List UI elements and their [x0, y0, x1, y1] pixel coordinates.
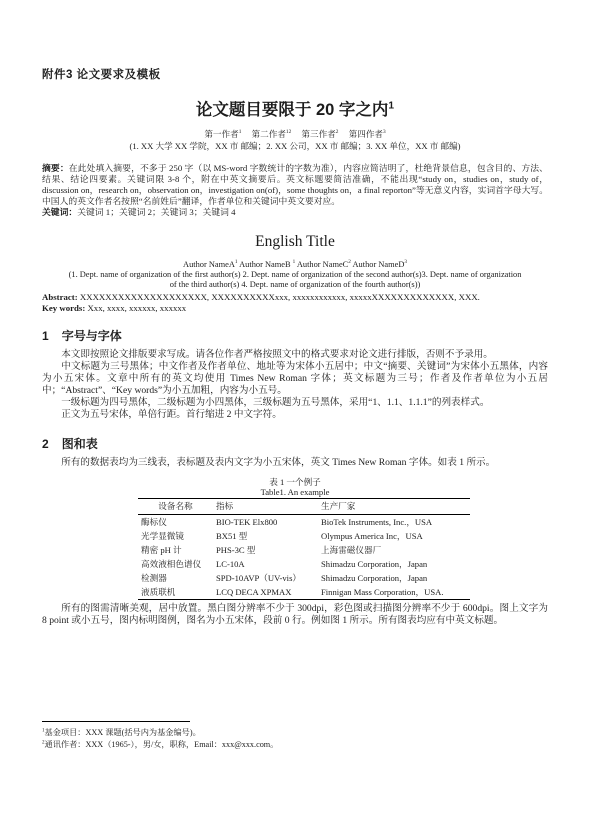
section-number: 1	[42, 329, 49, 343]
table-cell: BIO-TEK Elx800	[213, 514, 318, 529]
keywords-label-zh: 关键词：	[42, 207, 77, 217]
section-title: 字号与字体	[62, 329, 122, 343]
section-number: 2	[42, 437, 49, 451]
author-sup: 1	[235, 259, 238, 265]
author-name: Author NameC	[297, 260, 348, 269]
footnote-text: 基金项目：XXX 课题(括号内为基金编号)。	[45, 728, 201, 737]
table-header-cell: 指标	[213, 498, 318, 514]
page-content: 附件3 论文要求及模板 论文题目要限于 20 字之内1 第一作者1 第二作者12…	[42, 0, 548, 627]
table-cell: BX51 型	[213, 529, 318, 543]
figure-requirements-paragraph: 所有的图需清晰美观，居中放置。黑白图分辨率不少于 300dpi，彩色图或扫描图分…	[42, 603, 548, 627]
table-row: 光学显微镜 BX51 型 Olympus America Inc，USA	[138, 529, 470, 543]
section-1-paragraph: 本文即按照论文排版要求写成。请各位作者严格按照文中的格式要求对论文进行排版，否则…	[42, 349, 548, 361]
affiliation-en-line1: (1. Dept. name of organization of the fi…	[42, 270, 548, 280]
author-zh: 第四作者3	[349, 129, 386, 139]
section-1-paragraph: 正文为五号宋体，单倍行距。首行缩进 2 中文字符。	[42, 409, 548, 421]
table-row: 液质联机 LCQ DECA XPMAX Finnigan Mass Corpor…	[138, 585, 470, 600]
table-cell: 酶标仪	[138, 514, 213, 529]
footnote-divider	[42, 721, 190, 722]
abstract-text-zh: 在此处填入摘要，不多于 250 字（以 MS-word 字数统计的字数为准），内…	[42, 163, 548, 206]
authors-line-zh: 第一作者1 第二作者12 第三作者2 第四作者3	[42, 129, 548, 140]
attachment-header: 附件3 论文要求及模板	[42, 0, 548, 82]
keywords-en: Key words: Xxx, xxxx, xxxxxx, xxxxxx	[42, 303, 548, 314]
table-cell: LCQ DECA XPMAX	[213, 585, 318, 600]
keywords-text-zh: 关键词 1；关键词 2；关键词 3；关键词 4	[77, 207, 235, 217]
paper-title-text: 论文题目要限于 20 字之内	[196, 101, 389, 119]
author-sup: 2	[348, 259, 351, 265]
authors-line-en: Author NameA1 Author NameB 1 Author Name…	[42, 260, 548, 270]
author-en: Author NameD3	[353, 260, 407, 269]
author-sup: 1	[239, 129, 242, 135]
table-header-cell: 设备名称	[138, 498, 213, 514]
document-page: 附件3 论文要求及模板 论文题目要限于 20 字之内1 第一作者1 第二作者12…	[0, 0, 590, 834]
paper-title-zh: 论文题目要限于 20 字之内1	[42, 96, 548, 120]
author-name: 第一作者	[204, 129, 238, 139]
author-sup: 2	[336, 129, 339, 135]
author-name: 第三作者	[301, 129, 335, 139]
affiliation-zh: (1. XX 大学 XX 学院，XX 市 邮编；2. XX 公司，XX 市 邮编…	[42, 141, 548, 152]
footnote-1: 1基金项目：XXX 课题(括号内为基金编号)。	[42, 727, 548, 739]
table-cell: LC-10A	[213, 557, 318, 571]
table-caption-en: Table1. An example	[42, 487, 548, 497]
table-cell: 上海雷磁仪器厂	[318, 543, 470, 557]
section-2-paragraph: 所有的数据表均为三线表，表标题及表内文字为小五宋体，英文 Times New R…	[42, 457, 548, 469]
keywords-text-en: Xxx, xxxx, xxxxxx, xxxxxx	[87, 303, 186, 313]
table-cell: 光学显微镜	[138, 529, 213, 543]
footnotes: 1基金项目：XXX 课题(括号内为基金编号)。 2通讯作者：XXX（1965-）…	[42, 721, 548, 750]
abstract-zh: 摘要：在此处填入摘要，不多于 250 字（以 MS-word 字数统计的字数为准…	[42, 163, 548, 207]
table-cell: BioTek Instruments, Inc.，USA	[318, 514, 470, 529]
table-cell: 检测器	[138, 571, 213, 585]
author-en: Author NameA1	[183, 260, 237, 269]
author-name: 第四作者	[349, 129, 383, 139]
author-sup: 1	[293, 259, 296, 265]
table-cell: 液质联机	[138, 585, 213, 600]
table-header-row: 设备名称 指标 生产厂家	[138, 498, 470, 514]
section-title: 图和表	[62, 437, 98, 451]
author-en: Author NameB 1	[239, 260, 295, 269]
table-row: 精密 pH 计 PHS-3C 型 上海雷磁仪器厂	[138, 543, 470, 557]
author-en: Author NameC2	[297, 260, 351, 269]
author-zh: 第三作者2	[301, 129, 338, 139]
table-cell: Shimadzu Corporation，Japan	[318, 557, 470, 571]
author-sup: 3	[383, 129, 386, 135]
table-row: 酶标仪 BIO-TEK Elx800 BioTek Instruments, I…	[138, 514, 470, 529]
table-row: 高效液相色谱仪 LC-10A Shimadzu Corporation，Japa…	[138, 557, 470, 571]
footnote-2: 2通讯作者：XXX（1965-），男/女，职称，Email：xxx@xxx.co…	[42, 739, 548, 751]
author-name: Author NameB	[239, 260, 290, 269]
section-1-paragraph: 中文标题为三号黑体；中文作者及作者单位、地址等为宋体小五居中；中文“摘要、关键词…	[42, 361, 548, 397]
table-row: 检测器 SPD-10AVP（UV-vis） Shimadzu Corporati…	[138, 571, 470, 585]
section-1-heading: 1字号与字体	[42, 327, 548, 344]
author-sup: 12	[286, 129, 291, 135]
author-name: 第二作者	[252, 129, 286, 139]
table-header-cell: 生产厂家	[318, 498, 470, 514]
table-cell: Olympus America Inc，USA	[318, 529, 470, 543]
example-table: 设备名称 指标 生产厂家 酶标仪 BIO-TEK Elx800 BioTek I…	[138, 498, 470, 600]
table-cell: 高效液相色谱仪	[138, 557, 213, 571]
author-zh: 第二作者12	[252, 129, 292, 139]
affiliation-en-line2: of the third author(s) 4. Dept. name of …	[42, 280, 548, 290]
author-sup: 3	[404, 259, 407, 265]
author-name: Author NameD	[353, 260, 405, 269]
section-1-paragraph: 一级标题为四号黑体，二级标题为小四黑体，三级标题为五号黑体，采用“1、1.1、1…	[42, 397, 548, 409]
table-cell: Finnigan Mass Corporation，USA.	[318, 585, 470, 600]
abstract-en: Abstract: XXXXXXXXXXXXXXXXXXXX, XXXXXXXX…	[42, 292, 548, 303]
keywords-zh: 关键词：关键词 1；关键词 2；关键词 3；关键词 4	[42, 207, 548, 218]
table-cell: Shimadzu Corporation，Japan	[318, 571, 470, 585]
keywords-label-en: Key words:	[42, 303, 85, 313]
table-caption-zh: 表 1 一个例子	[42, 477, 548, 487]
abstract-label-zh: 摘要：	[42, 163, 69, 173]
title-footnote-marker: 1	[388, 101, 394, 112]
table-cell: PHS-3C 型	[213, 543, 318, 557]
footnote-text: 通讯作者：XXX（1965-），男/女，职称，Email：xxx@xxx.com…	[45, 740, 279, 749]
abstract-label-en: Abstract:	[42, 292, 78, 302]
author-zh: 第一作者1	[204, 129, 241, 139]
author-name: Author NameA	[183, 260, 235, 269]
table-cell: SPD-10AVP（UV-vis）	[213, 571, 318, 585]
section-2-heading: 2图和表	[42, 435, 548, 452]
paper-title-en: English Title	[42, 233, 548, 251]
table-cell: 精密 pH 计	[138, 543, 213, 557]
abstract-text-en: XXXXXXXXXXXXXXXXXXXX, XXXXXXXXXXxxx, xxx…	[80, 292, 480, 302]
